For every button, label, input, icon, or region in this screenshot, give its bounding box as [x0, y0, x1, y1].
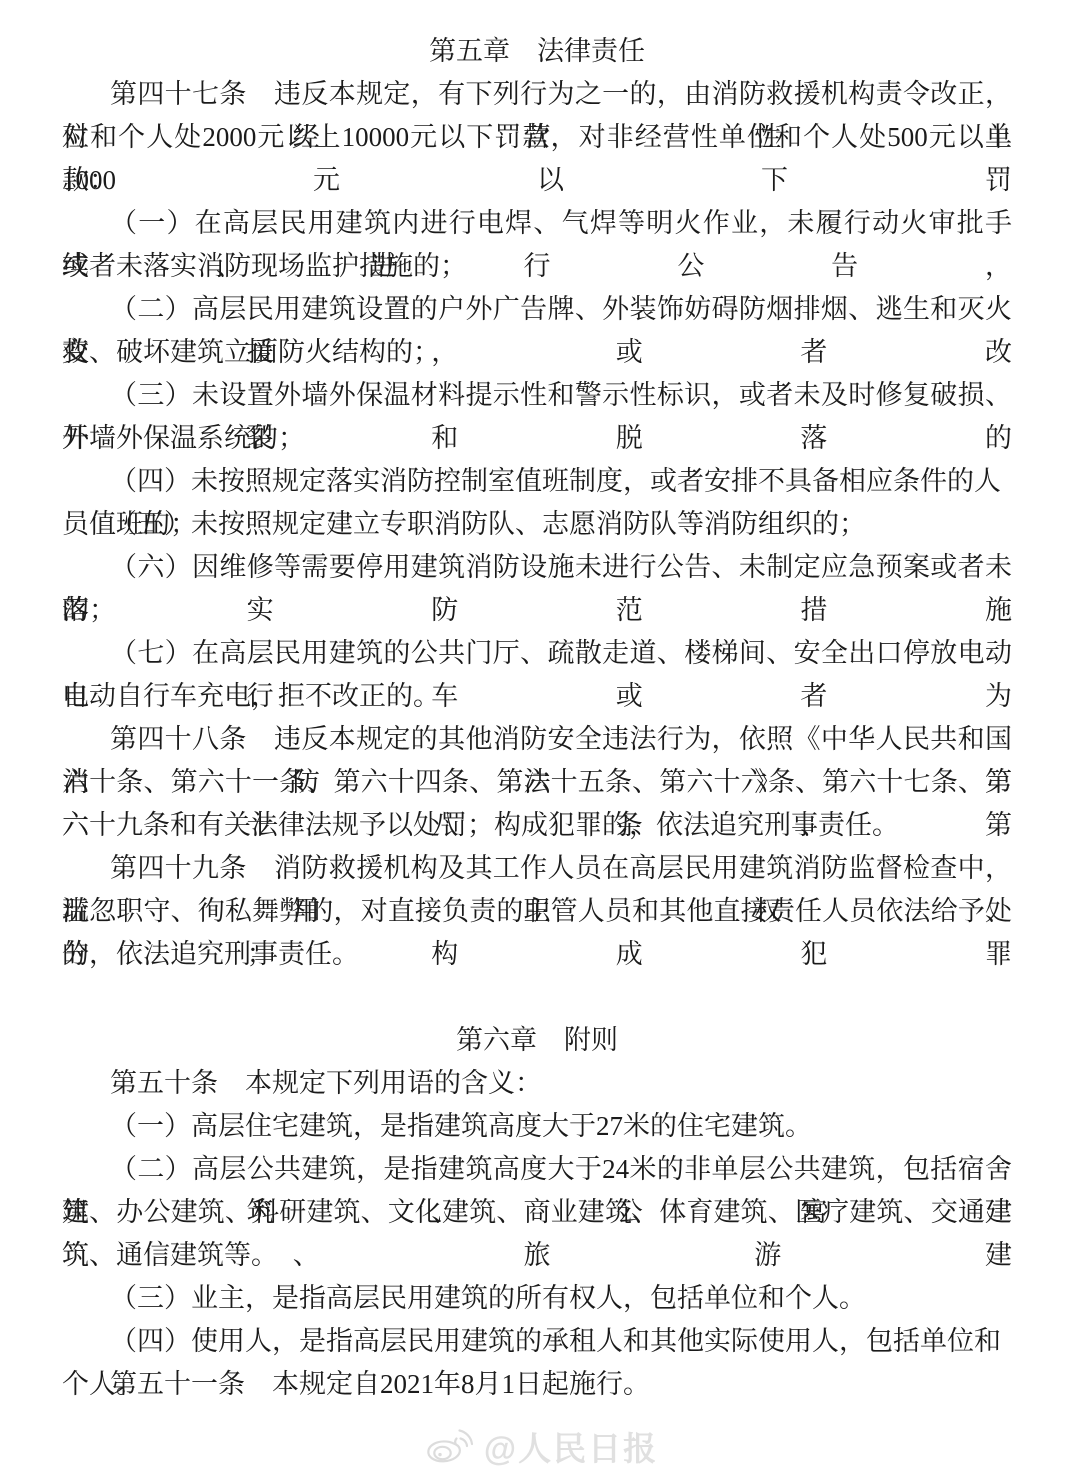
text-line: 第四十七条 违反本规定，有下列行为之一的，由消防救援机构责令改正，对经营性单 [62, 73, 1012, 116]
text-line: 第五十条 本规定下列用语的含义： [62, 1062, 1012, 1105]
text-line: 第五十一条 本规定自2021年8月1日起施行。 [62, 1363, 1012, 1406]
text-line: 第四十八条 违反本规定的其他消防安全违法行为，依照《中华人民共和国消防法》第 [62, 718, 1012, 761]
text-line: （四）使用人，是指高层民用建筑的承租人和其他实际使用人，包括单位和个人。 [62, 1320, 1012, 1363]
weibo-watermark: @人民日报 [0, 1424, 1080, 1472]
weibo-logo-icon [422, 1426, 474, 1470]
text-line: 六十条、第六十一条、第六十四条、第六十五条、第六十六条、第六十七条、第六十八条、… [62, 761, 1012, 804]
text-line: （三）未设置外墙外保温材料提示性和警示性标识，或者未及时修复破损、开裂和脱落的 [62, 374, 1012, 417]
chapter-heading: 第六章 附则 [62, 1019, 1012, 1062]
text-line: （一）高层住宅建筑，是指建筑高度大于27米的住宅建筑。 [62, 1105, 1012, 1148]
text-line: 六十九条和有关法律法规予以处罚；构成犯罪的，依法追究刑事责任。 [62, 804, 1012, 847]
text-line: （二）高层公共建筑，是指建筑高度大于24米的非单层公共建筑，包括宿舍建筑、公寓建 [62, 1148, 1012, 1191]
text-line: （五）未按照规定建立专职消防队、志愿消防队等消防组织的； [62, 503, 1012, 546]
text-line: 第四十九条 消防救援机构及其工作人员在高层民用建筑消防监督检查中，滥用职权、 [62, 847, 1012, 890]
text-line: 筑、办公建筑、科研建筑、文化建筑、商业建筑、体育建筑、医疗建筑、交通建筑、旅游建 [62, 1191, 1012, 1234]
document-body: 第五章 法律责任 第四十七条 违反本规定，有下列行为之一的，由消防救援机构责令改… [62, 30, 1012, 1406]
text-line: （七）在高层民用建筑的公共门厅、疏散走道、楼梯间、安全出口停放电动自行车或者为 [62, 632, 1012, 675]
text-line: （六）因维修等需要停用建筑消防设施未进行公告、未制定应急预案或者未落实防范措施 [62, 546, 1012, 589]
text-line: 位和个人处2000元以上10000元以下罚款，对非经营性单位和个人处500元以上… [62, 116, 1012, 159]
text-line: （三）业主，是指高层民用建筑的所有权人，包括单位和个人。 [62, 1277, 1012, 1320]
blank-line [62, 976, 1012, 1019]
text-line: 玩忽职守、徇私舞弊的，对直接负责的主管人员和其他直接责任人员依法给予处分；构成犯… [62, 890, 1012, 933]
document-page: 第五章 法律责任 第四十七条 违反本规定，有下列行为之一的，由消防救援机构责令改… [0, 0, 1080, 1480]
watermark-text: @人民日报 [484, 1432, 658, 1465]
text-line: （二）高层民用建筑设置的户外广告牌、外装饰妨碍防烟排烟、逃生和灭火救援，或者改 [62, 288, 1012, 331]
chapter-heading: 第五章 法律责任 [62, 30, 1012, 73]
text-line: （一）在高层民用建筑内进行电焊、气焊等明火作业，未履行动火审批手续、进行公告， [62, 202, 1012, 245]
text-line: （四）未按照规定落实消防控制室值班制度，或者安排不具备相应条件的人员值班的； [62, 460, 1012, 503]
